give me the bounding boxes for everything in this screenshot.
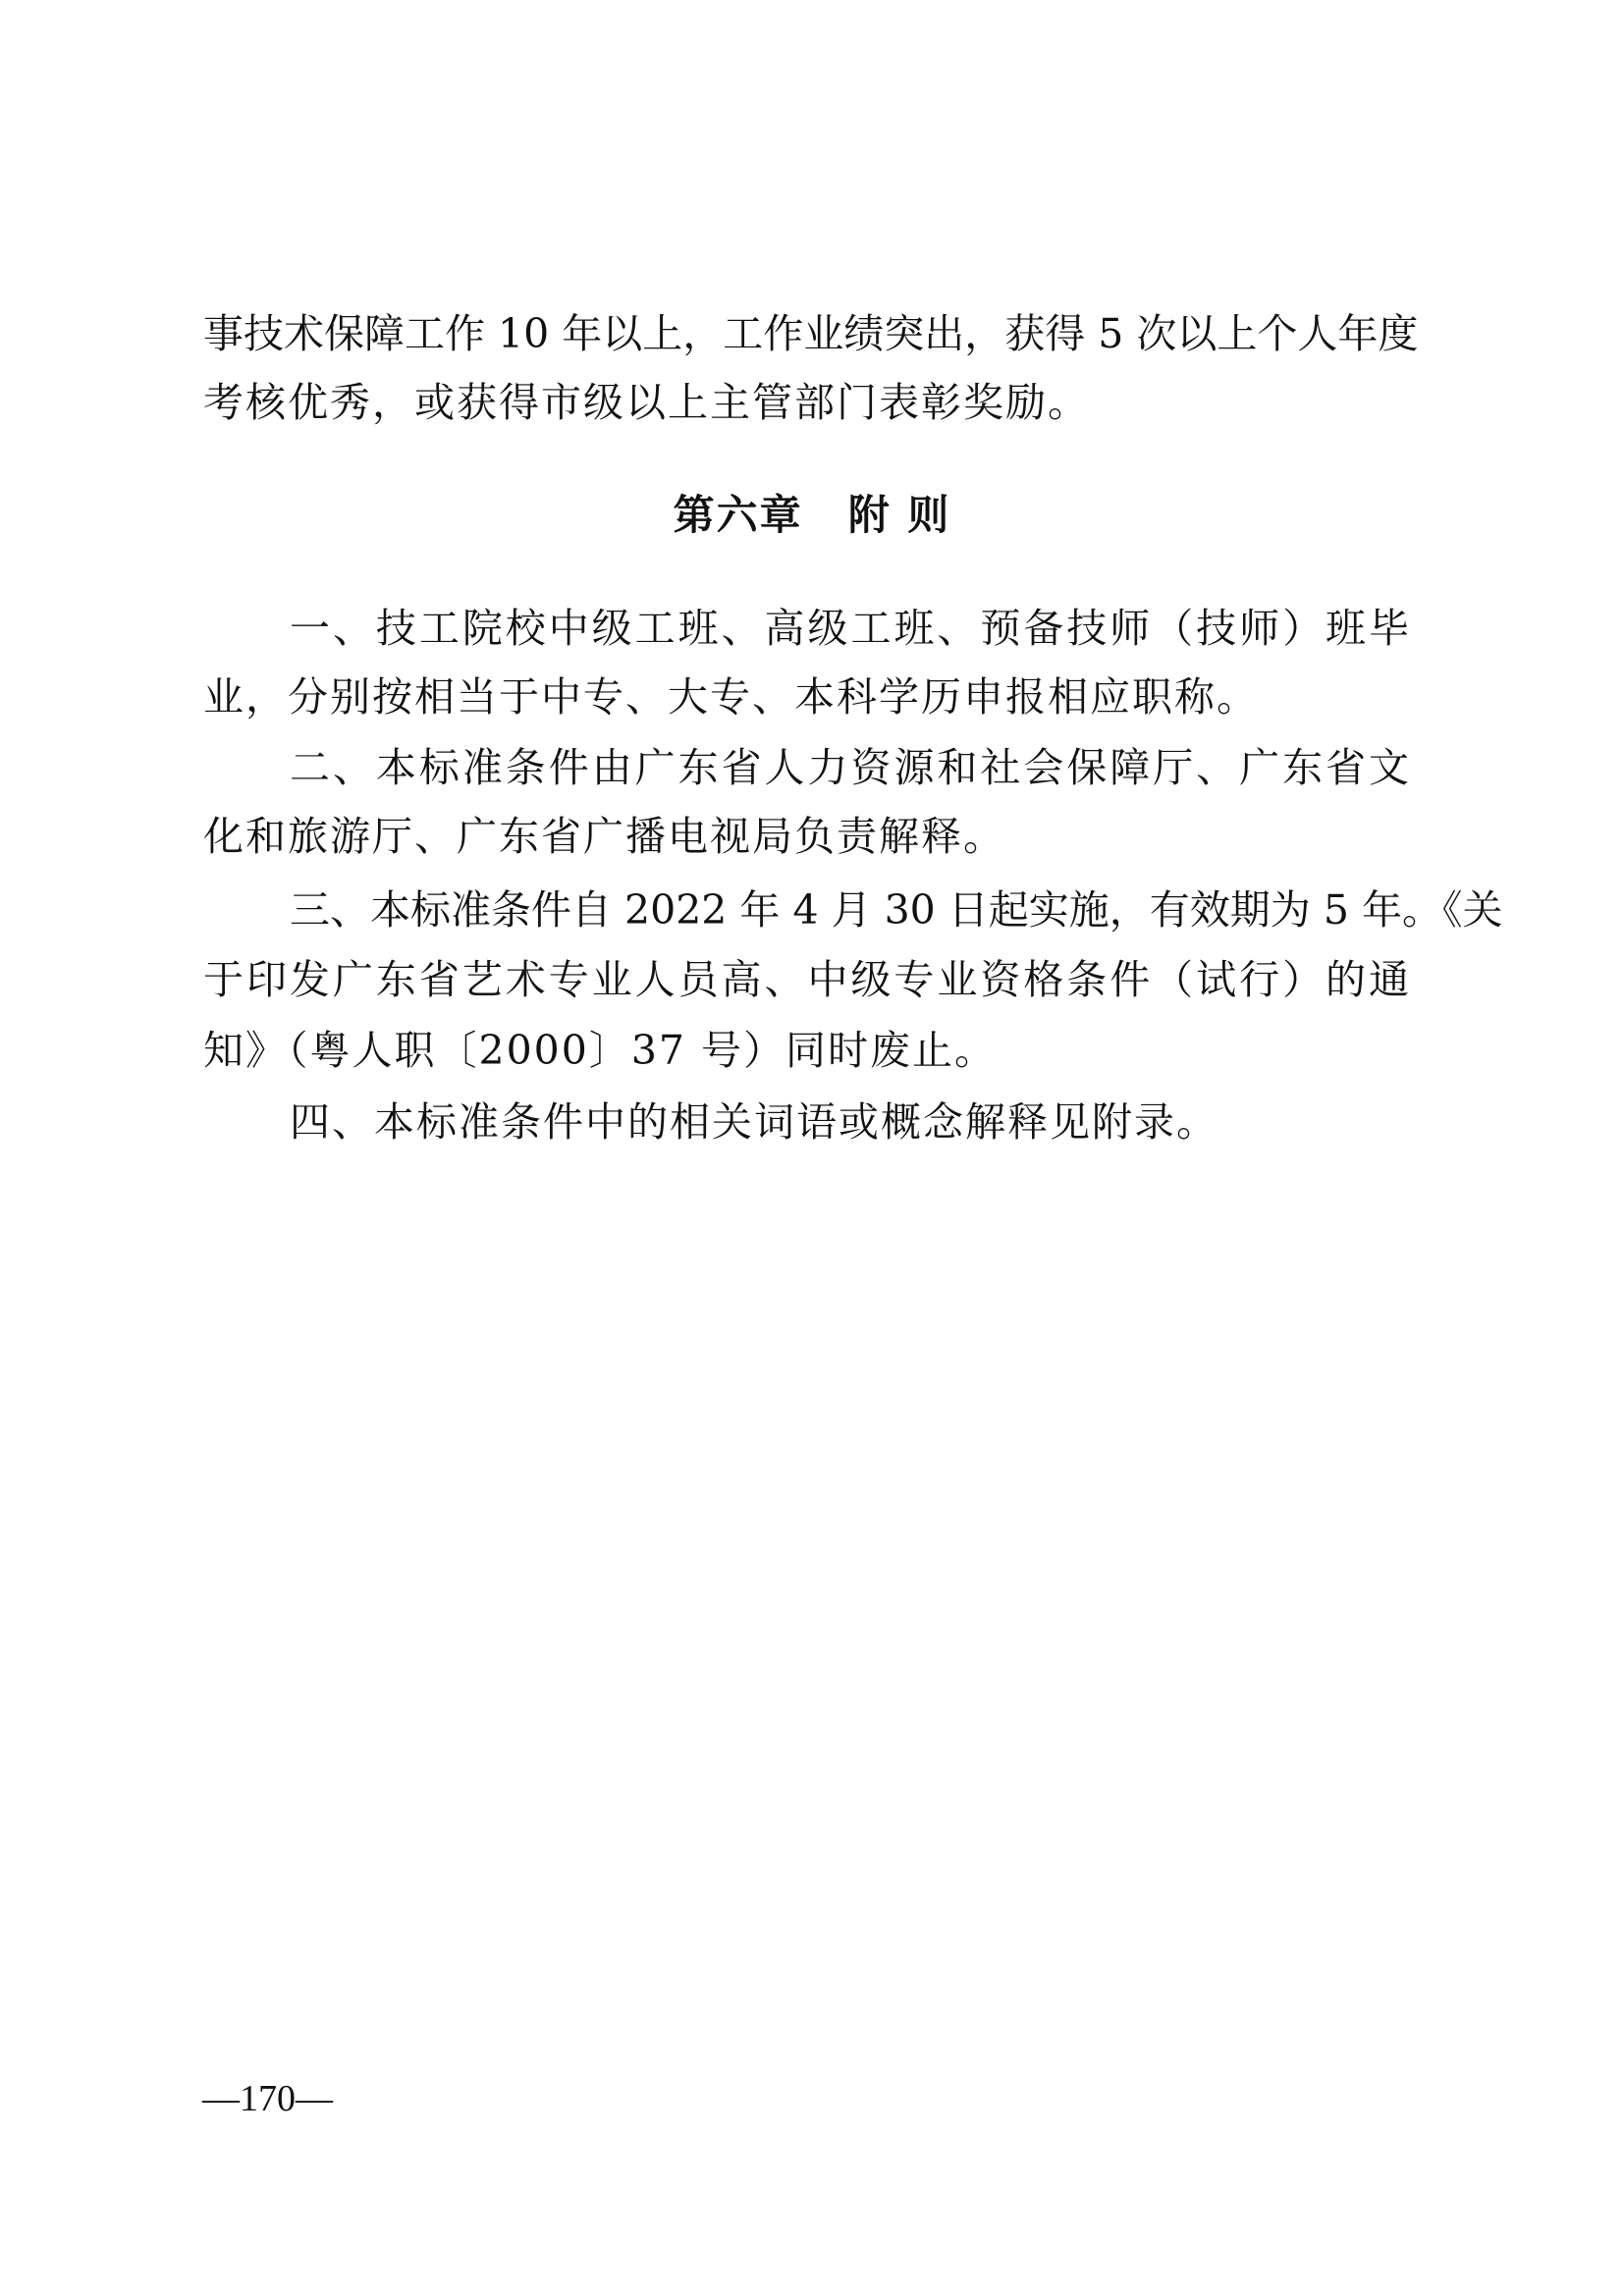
article-3-line-1: 三、本标准条件自 2022 年 4 月 30 日起实施，有效期为 5 年。《关 (290, 881, 1409, 939)
document-page: 事技术保障工作 10 年以上，工作业绩突出，获得 5 次以上个人年度 考核优秀，… (0, 0, 1624, 2296)
chapter-number-label: 第六章 (674, 491, 803, 539)
article-3-line-2: 于印发广东省艺术专业人员高、中级专业资格条件（试行）的通 (203, 950, 1409, 1009)
page-number: —170— (202, 2077, 333, 2120)
chapter-title: 附 则 (848, 491, 951, 539)
paragraph-continuation-line-2: 考核优秀，或获得市级以上主管部门表彰奖励。 (203, 373, 1409, 432)
article-2-line-2: 化和旅游厅、广东省广播电视局负责解释。 (203, 807, 1409, 866)
paragraph-continuation-line-1: 事技术保障工作 10 年以上，工作业绩突出，获得 5 次以上个人年度 (203, 304, 1409, 363)
article-3-line-3: 知》（粤人职〔2000〕37 号）同时废止。 (203, 1021, 1409, 1080)
article-1-line-2: 业，分别按相当于中专、大专、本科学历申报相应职称。 (203, 667, 1409, 726)
chapter-heading: 第六章附 则 (0, 486, 1624, 545)
article-4-line-1: 四、本标准条件中的相关词语或概念解释见附录。 (290, 1093, 1409, 1151)
article-2-line-1: 二、本标准条件由广东省人力资源和社会保障厅、广东省文 (290, 738, 1409, 797)
article-1-line-1: 一、技工院校中级工班、高级工班、预备技师（技师）班毕 (290, 599, 1409, 658)
